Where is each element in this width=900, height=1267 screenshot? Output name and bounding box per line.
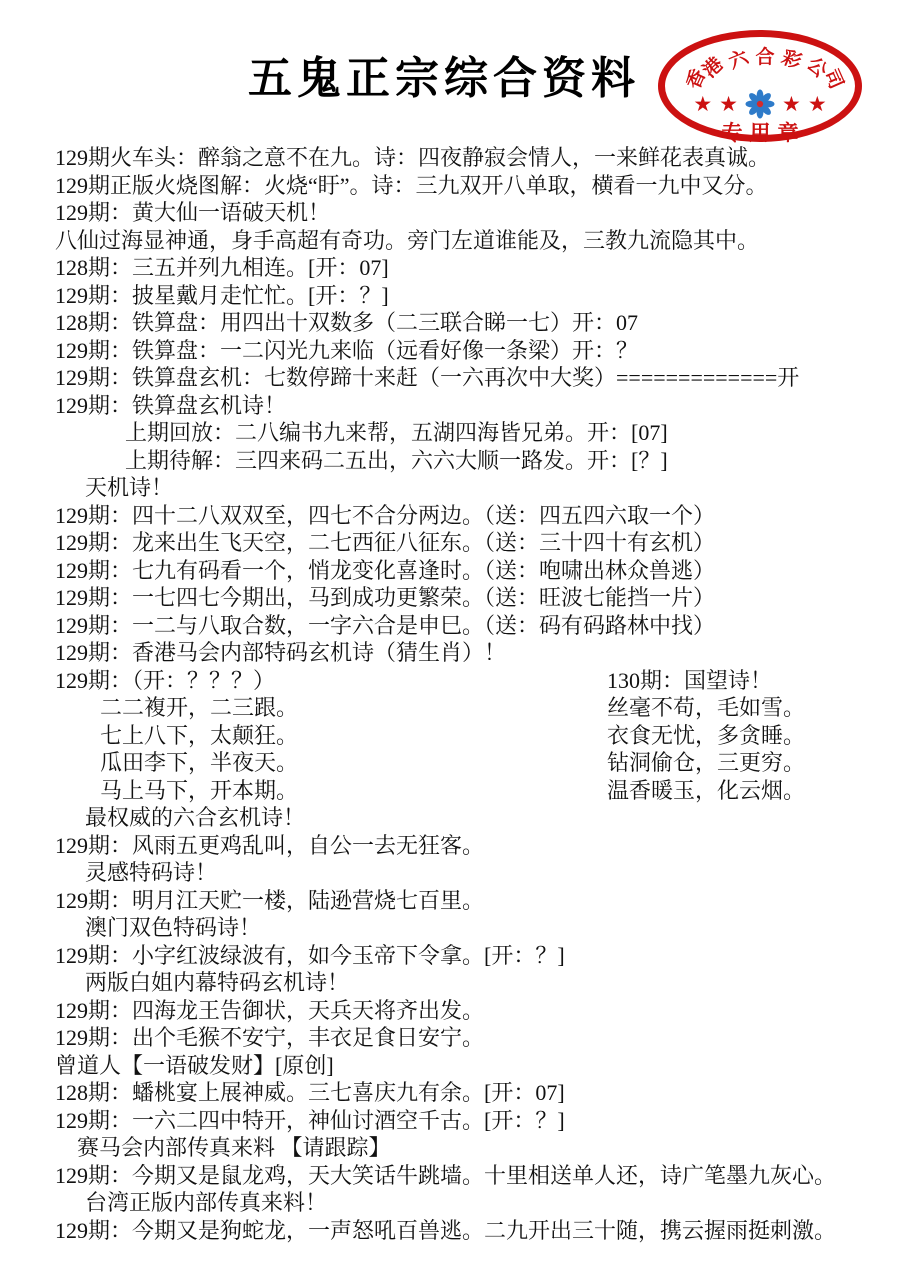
star-icon: ★ (693, 94, 712, 115)
page-title: 五鬼正宗综合资料 (248, 42, 640, 106)
text-line: 129期：今期又是鼠龙鸡，天大笑话牛跳墙。十里相送单人还，诗广笔墨九灰心。 (55, 1162, 870, 1190)
text-line: 129期：七九有码看一个，悄龙变化喜逢时。（送：咆啸出林众兽逃） (55, 557, 870, 585)
text-line: 129期：黄大仙一语破天机！ (55, 199, 870, 227)
text-line: 最权威的六合玄机诗！ (55, 804, 870, 832)
lines-bottom-section: 最权威的六合玄机诗！129期：风雨五更鸡乱叫，自公一去无狂客。灵感特码诗！129… (55, 804, 870, 1244)
company-seal: 香港六合彩公司 ★ ★ ★ ★ 专用章 (658, 30, 862, 142)
text-line: 天机诗！ (55, 474, 870, 502)
text-line: 129期正版火烧图解：火烧“盱”。诗：三九双开八单取，横看一九中又分。 (55, 172, 870, 200)
text-line: 129期：一七四七今期出，马到成功更繁荣。（送：旺波七能挡一片） (55, 584, 870, 612)
text-line: 曾道人【一语破发财】[原创] (55, 1052, 870, 1080)
left-column-text: 七上八下，太颠狂。 (55, 722, 298, 750)
star-icon: ★ (719, 94, 738, 115)
lottery-info-sheet: 五鬼正宗综合资料 香港六合彩公司 ★ ★ ★ ★ 专用章 129期火车头：醉翁之… (0, 0, 900, 1267)
text-line: 上期待解：三四来码二五出，六六大顺一路发。开：[？] (55, 447, 870, 475)
seal-arc-char: 合 (755, 42, 775, 69)
two-column-row: 二二複开，二三跟。丝毫不苟，毛如雪。 (55, 694, 870, 722)
star-icon: ★ (808, 94, 827, 115)
text-line: 澳门双色特码诗！ (55, 914, 870, 942)
text-line: 129期：明月江天贮一楼，陆逊营烧七百里。 (55, 887, 870, 915)
text-line: 129期：一二与八取合数，一字六合是申巳。（送：码有码路林中找） (55, 612, 870, 640)
text-line: 128期：三五并列九相连。[开：07] (55, 254, 870, 282)
text-line: 台湾正版内部传真来料！ (55, 1189, 870, 1217)
left-column-text: 马上马下，开本期。 (55, 777, 298, 805)
text-line: 129期：风雨五更鸡乱叫，自公一去无狂客。 (55, 832, 870, 860)
seal-stars-row: ★ ★ ★ ★ (665, 89, 855, 119)
text-line: 129期：龙来出生飞天空，二七西征八征东。（送：三十四十有玄机） (55, 529, 870, 557)
lines-top-section: 129期火车头：醉翁之意不在九。诗：四夜静寂会情人，一来鲜花表真诚。129期正版… (55, 144, 870, 667)
text-line: 八仙过海显神通，身手高超有奇功。旁门左道谁能及，三教九流隐其中。 (55, 227, 870, 255)
text-line: 129期：铁算盘：一二闪光九来临（远看好像一条梁）开：？ (55, 337, 870, 365)
left-column-text: 瓜田李下，半夜天。 (55, 749, 298, 777)
two-column-poem-section: 129期：（开：？？？）130期：国望诗！二二複开，二三跟。丝毫不苟，毛如雪。七… (55, 667, 870, 805)
text-line: 129期：出个毛猴不安宁，丰衣足食日安宁。 (55, 1024, 870, 1052)
text-line: 赛马会内部传真来料 【请跟踪】 (55, 1134, 870, 1162)
text-line: 129期：铁算盘玄机：七数停蹄十来赶（一六再次中大奖）=============… (55, 364, 870, 392)
text-line: 129期：铁算盘玄机诗！ (55, 392, 870, 420)
text-line: 129期：小字红波绿波有，如今玉帝下令拿。[开：？] (55, 942, 870, 970)
seal-bottom-text: 专用章 (665, 117, 855, 147)
text-line: 129期：今期又是狗蛇龙，一声怒吼百兽逃。二九开出三十随，携云握雨挺刺激。 (55, 1217, 870, 1245)
body-text: 129期火车头：醉翁之意不在九。诗：四夜静寂会情人，一来鲜花表真诚。129期正版… (55, 144, 870, 1244)
text-line: 129期火车头：醉翁之意不在九。诗：四夜静寂会情人，一来鲜花表真诚。 (55, 144, 870, 172)
right-column-text: 钻洞偷仓，三更穷。 (607, 749, 805, 777)
text-line: 129期：一六二四中特开，神仙讨酒空千古。[开：？] (55, 1107, 870, 1135)
text-line: 129期：披星戴月走忙忙。[开：？] (55, 282, 870, 310)
left-column-text: 二二複开，二三跟。 (55, 694, 298, 722)
seal-arc-char: 六 (724, 42, 753, 75)
text-line: 129期：香港马会内部特码玄机诗（猜生肖）！ (55, 639, 870, 667)
text-line: 129期：四十二八双双至，四七不合分两边。（送：四五四六取一个） (55, 502, 870, 530)
left-column-text: 129期：（开：？？？） (55, 667, 275, 695)
text-line: 灵感特码诗！ (55, 859, 870, 887)
two-column-row: 马上马下，开本期。温香暖玉，化云烟。 (55, 777, 870, 805)
star-icon: ★ (782, 94, 801, 115)
text-line: 128期：蟠桃宴上展神威。三七喜庆九有余。[开：07] (55, 1079, 870, 1107)
two-column-row: 129期：（开：？？？）130期：国望诗！ (55, 667, 870, 695)
right-column-text: 衣食无忧，多贪睡。 (607, 722, 805, 750)
text-line: 两版白姐内幕特码玄机诗！ (55, 969, 870, 997)
two-column-row: 瓜田李下，半夜天。钻洞偷仓，三更穷。 (55, 749, 870, 777)
two-column-row: 七上八下，太颠狂。衣食无忧，多贪睡。 (55, 722, 870, 750)
right-column-text: 130期：国望诗！ (607, 667, 772, 695)
text-line: 129期：四海龙王告御状，天兵天将齐出发。 (55, 997, 870, 1025)
right-column-text: 温香暖玉，化云烟。 (607, 777, 805, 805)
flower-icon (745, 89, 775, 119)
right-column-text: 丝毫不苟，毛如雪。 (607, 694, 805, 722)
text-line: 上期回放：二八编书九来帮，五湖四海皆兄弟。开：[07] (55, 419, 870, 447)
text-line: 128期：铁算盘：用四出十双数多（二三联合睇一七）开：07 (55, 309, 870, 337)
